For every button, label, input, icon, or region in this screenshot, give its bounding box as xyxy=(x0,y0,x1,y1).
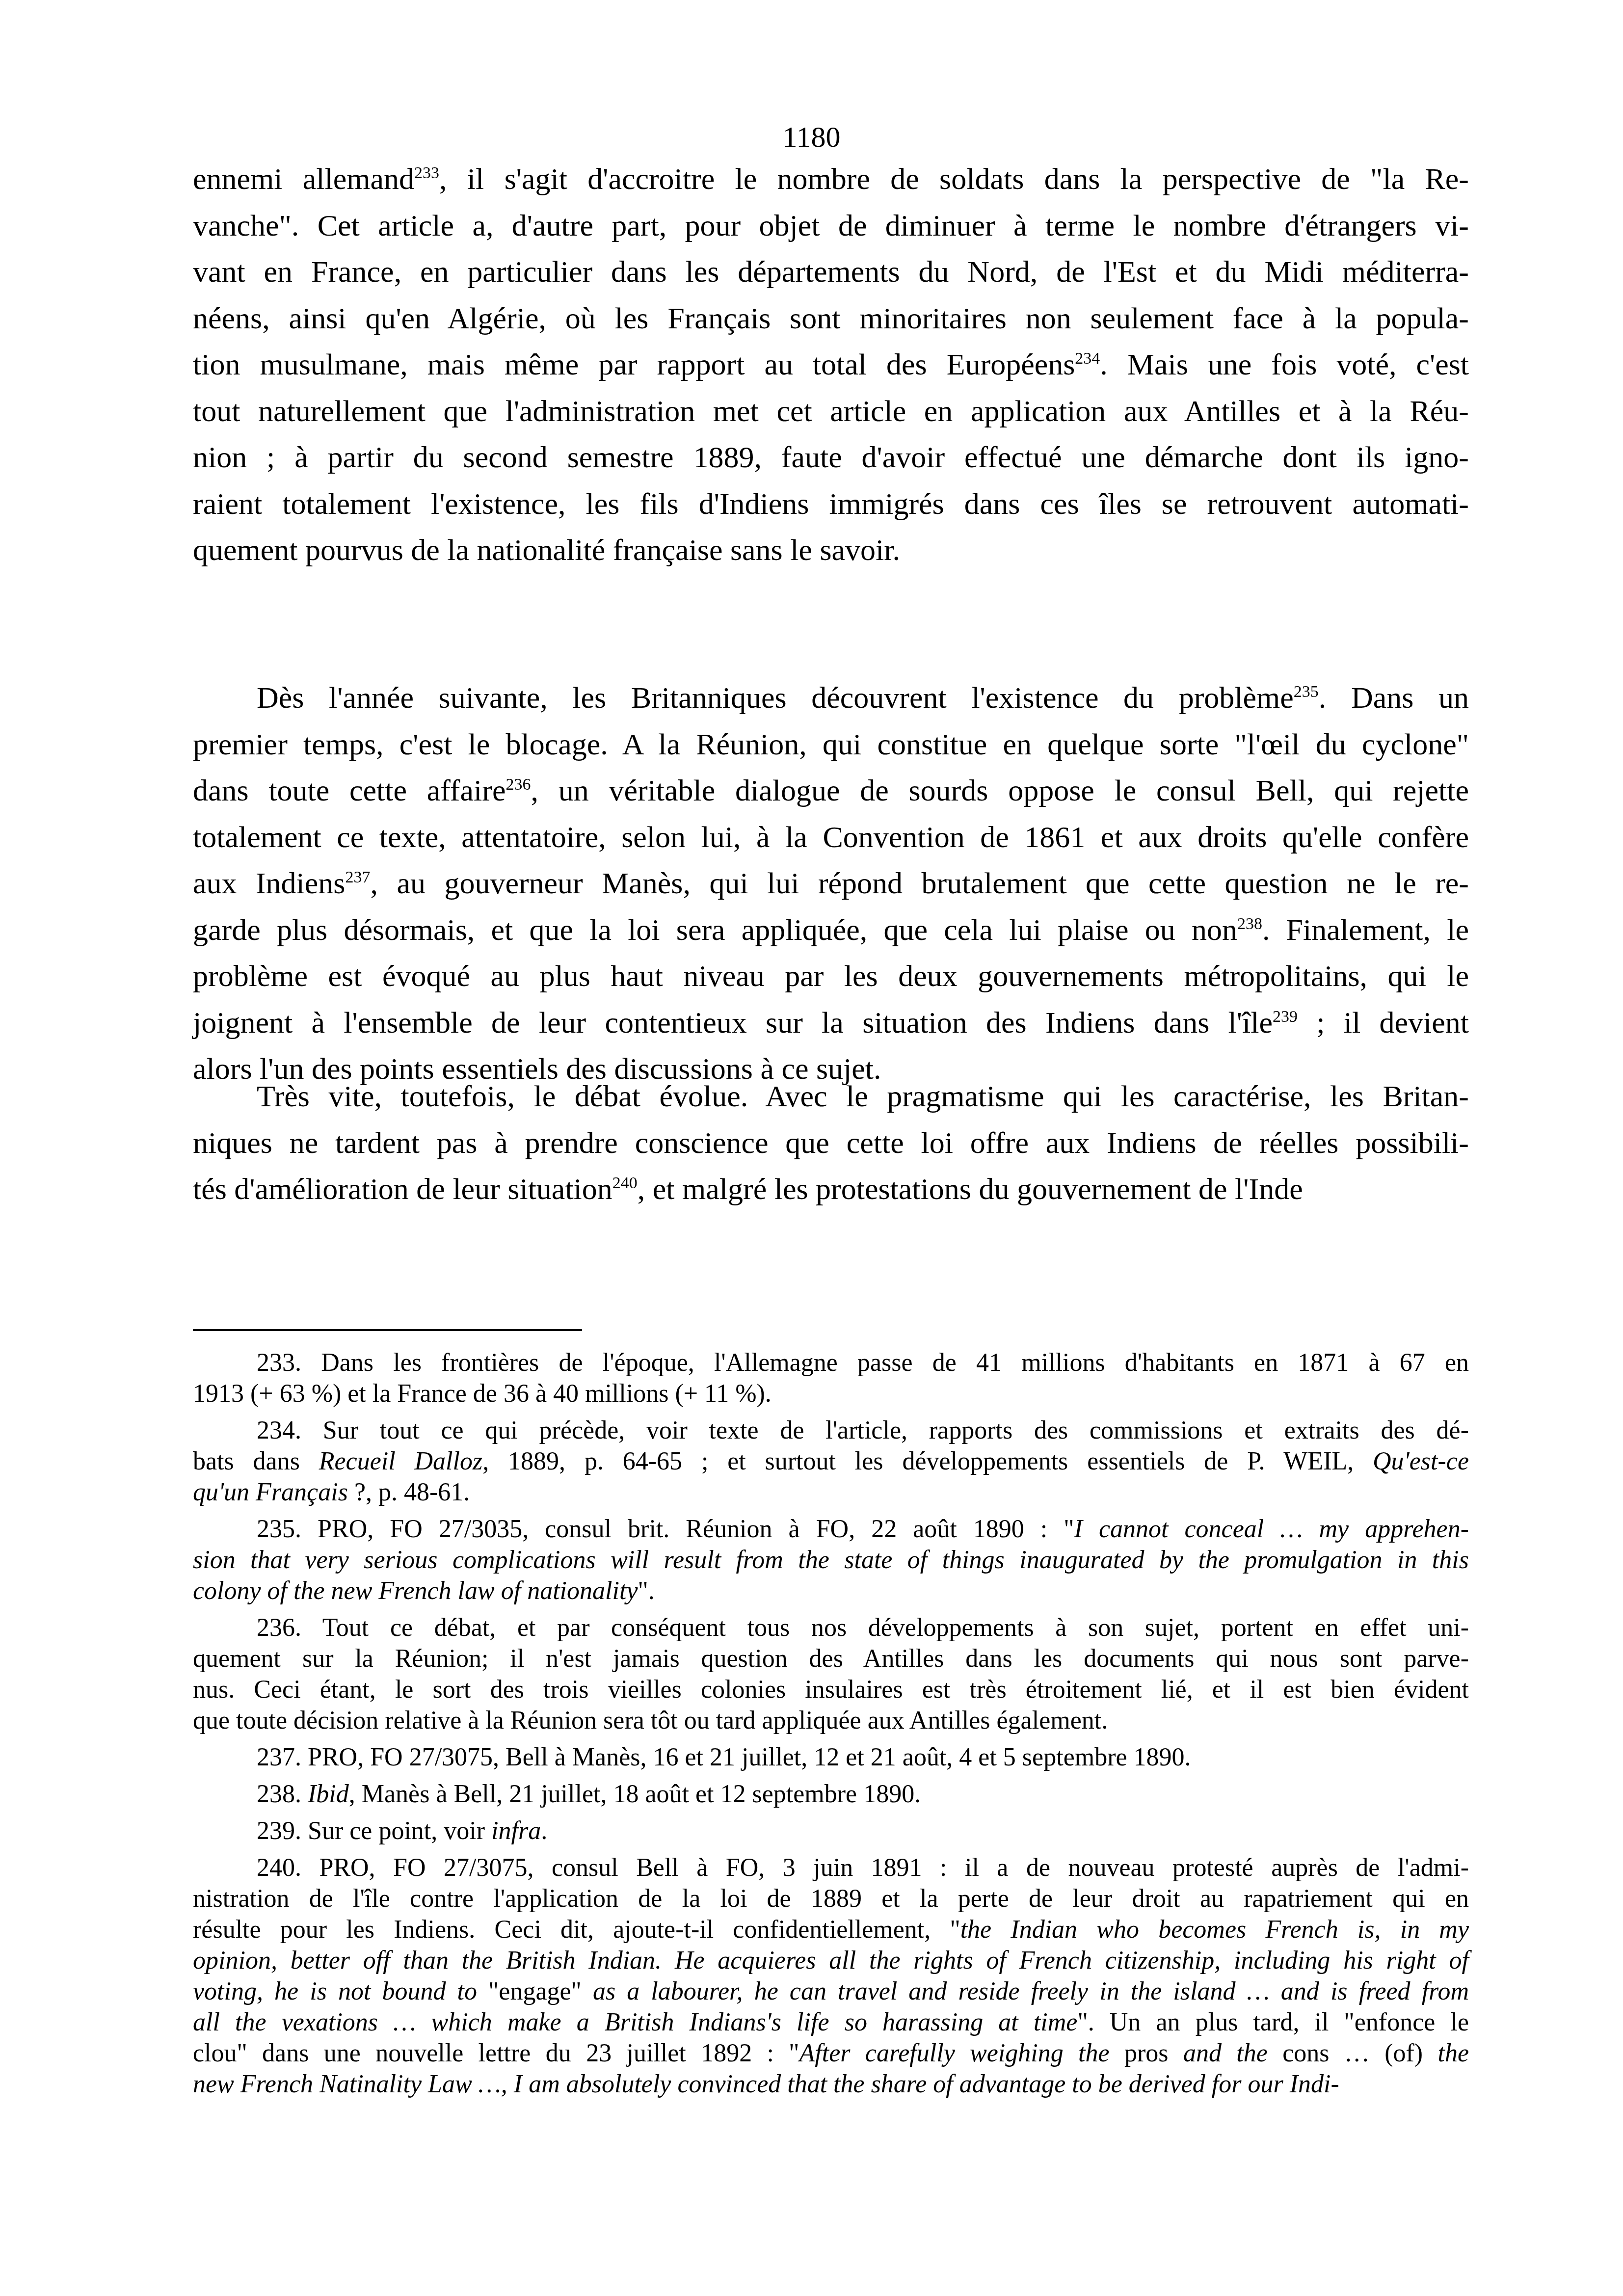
text-run: problème est évoqué au plus haut niveau … xyxy=(193,960,1469,993)
text-line: vant en France, en particulier dans les … xyxy=(193,249,1469,295)
text-run: quement pourvus de la nationalité frança… xyxy=(193,534,900,567)
footnote-233: 233. Dans les frontières de l'époque, l'… xyxy=(193,1347,1469,1409)
italic-run: and the xyxy=(1183,2039,1268,2067)
text-run: nus. Ceci étant, le sort des trois vieil… xyxy=(193,1676,1469,1704)
text-run: quement sur la Réunion; il n'est jamais … xyxy=(193,1645,1469,1673)
footnote-line: sion that very serious complications wil… xyxy=(193,1545,1469,1575)
italic-run: infra xyxy=(491,1817,541,1845)
text-line: ennemi allemand233, il s'agit d'accroitr… xyxy=(193,156,1469,203)
text-line: totalement ce texte, attentatoire, selon… xyxy=(193,814,1469,861)
footnote-line: opinion, better off than the British Ind… xyxy=(193,1945,1469,1976)
italic-run: Qu'est-ce xyxy=(1373,1447,1469,1475)
text-run: , il s'agit d'accroitre le nombre de sol… xyxy=(439,162,1469,196)
footnote-236: 236. Tout ce débat, et par conséquent to… xyxy=(193,1612,1469,1736)
footnote-line: 1913 (+ 63 %) et la France de 36 à 40 mi… xyxy=(193,1378,1469,1409)
text-line: raient totalement l'existence, les fils … xyxy=(193,481,1469,528)
text-run: 237. PRO, FO 27/3075, Bell à Manès, 16 e… xyxy=(257,1743,1191,1771)
footnote-line: 237. PRO, FO 27/3075, Bell à Manès, 16 e… xyxy=(193,1742,1469,1773)
text-line: tés d'amélioration de leur situation240,… xyxy=(193,1166,1469,1213)
text-run: vant en France, en particulier dans les … xyxy=(193,255,1469,289)
text-line: Très vite, toutefois, le débat évolue. A… xyxy=(193,1073,1469,1120)
paragraph: Très vite, toutefois, le débat évolue. A… xyxy=(193,1073,1469,1213)
text-run: vanche". Cet article a, d'autre part, po… xyxy=(193,209,1469,242)
paragraph: Dès l'année suivante, les Britanniques d… xyxy=(193,675,1469,1093)
text-run: . Mais une fois voté, c'est xyxy=(1100,348,1469,381)
italic-run: sion that very serious complications wil… xyxy=(193,1546,1469,1574)
italic-run: new French Natinality Law …, I am absolu… xyxy=(193,2070,1339,2098)
text-line: aux Indiens237, au gouverneur Manès, qui… xyxy=(193,860,1469,907)
text-run: résulte pour les Indiens. Ceci dit, ajou… xyxy=(193,1916,960,1944)
footnotes: 233. Dans les frontières de l'époque, l'… xyxy=(193,1347,1469,2100)
italic-run: as a labourer, he can travel and reside … xyxy=(593,1977,1469,2005)
text-run: . Dans un xyxy=(1319,681,1469,715)
text-line: premier temps, c'est le blocage. A la Ré… xyxy=(193,721,1469,768)
footnote-238: 238. Ibid, Manès à Bell, 21 juillet, 18 … xyxy=(193,1779,1469,1810)
text-run: 240. PRO, FO 27/3075, consul Bell à FO, … xyxy=(257,1854,1469,1882)
text-line: dans toute cette affaire236, un véritabl… xyxy=(193,768,1469,814)
footnote-line: qu'un Français ?, p. 48-61. xyxy=(193,1477,1469,1508)
text-run: tés d'amélioration de leur situation xyxy=(193,1173,612,1206)
text-run: garde plus désormais, et que la loi sera… xyxy=(193,913,1237,947)
text-line: joignent à l'ensemble de leur contentieu… xyxy=(193,1000,1469,1046)
text-run: tion musulmane, mais même par rapport au… xyxy=(193,348,1075,381)
text-run: tout naturellement que l'administration … xyxy=(193,395,1469,428)
footnote-line: nistration de l'île contre l'application… xyxy=(193,1883,1469,1914)
text-run: , un véritable dialogue de sourds oppose… xyxy=(531,774,1469,807)
text-run: "engage" xyxy=(477,1977,593,2005)
text-run: . Finalement, le xyxy=(1262,913,1469,947)
text-line: problème est évoqué au plus haut niveau … xyxy=(193,953,1469,1000)
text-run: ". Un an plus tard, il "enfonce le xyxy=(1077,2008,1469,2036)
footnote-line: quement sur la Réunion; il n'est jamais … xyxy=(193,1643,1469,1674)
text-run: nistration de l'île contre l'application… xyxy=(193,1885,1469,1913)
footnote-line: que toute décision relative à la Réunion… xyxy=(193,1705,1469,1736)
footnote-234: 234. Sur tout ce qui précède, voir texte… xyxy=(193,1415,1469,1508)
text-line: garde plus désormais, et que la loi sera… xyxy=(193,907,1469,954)
text-run: , et malgré les protestations du gouvern… xyxy=(638,1173,1303,1206)
footnote-line: 233. Dans les frontières de l'époque, l'… xyxy=(193,1347,1469,1378)
text-run: 239. Sur ce point, voir xyxy=(257,1817,491,1845)
footnote-line: 240. PRO, FO 27/3075, consul Bell à FO, … xyxy=(193,1852,1469,1883)
text-run: que toute décision relative à la Réunion… xyxy=(193,1707,1108,1735)
text-run: pros xyxy=(1110,2039,1183,2067)
footnote-line: 236. Tout ce débat, et par conséquent to… xyxy=(193,1612,1469,1643)
footnote-239: 239. Sur ce point, voir infra. xyxy=(193,1815,1469,1846)
text-line: niques ne tardent pas à prendre conscien… xyxy=(193,1120,1469,1167)
text-run: Dès l'année suivante, les Britanniques d… xyxy=(257,681,1294,715)
italic-run: qu'un Français xyxy=(193,1478,348,1506)
footnote-ref[interactable]: 237 xyxy=(345,868,370,886)
italic-run: After carefully weighing the xyxy=(799,2039,1110,2067)
paragraph: ennemi allemand233, il s'agit d'accroitr… xyxy=(193,156,1469,574)
italic-run: Ibid xyxy=(308,1780,349,1808)
text-run: 234. Sur tout ce qui précède, voir texte… xyxy=(257,1416,1469,1444)
text-run: 233. Dans les frontières de l'époque, l'… xyxy=(257,1349,1469,1377)
footnote-line: 238. Ibid, Manès à Bell, 21 juillet, 18 … xyxy=(193,1779,1469,1810)
footnote-line: voting, he is not bound to "engage" as a… xyxy=(193,1976,1469,2007)
footnote-237: 237. PRO, FO 27/3075, Bell à Manès, 16 e… xyxy=(193,1742,1469,1773)
text-run: néens, ainsi qu'en Algérie, où les Franç… xyxy=(193,302,1469,335)
footnote-line: nus. Ceci étant, le sort des trois vieil… xyxy=(193,1674,1469,1705)
text-run: clou" dans une nouvelle lettre du 23 jui… xyxy=(193,2039,799,2067)
text-line: néens, ainsi qu'en Algérie, où les Franç… xyxy=(193,295,1469,342)
text-run: nion ; à partir du second semestre 1889,… xyxy=(193,441,1469,474)
text-run: 238. xyxy=(257,1780,308,1808)
italic-run: the Indian who becomes French is, in my xyxy=(960,1916,1469,1944)
footnote-240: 240. PRO, FO 27/3075, consul Bell à FO, … xyxy=(193,1852,1469,2100)
text-run: ?, p. 48-61. xyxy=(348,1478,470,1506)
text-run: raient totalement l'existence, les fils … xyxy=(193,487,1469,521)
footnote-line: 239. Sur ce point, voir infra. xyxy=(193,1815,1469,1846)
footnote-line: 235. PRO, FO 27/3035, consul brit. Réuni… xyxy=(193,1514,1469,1545)
text-line: tout naturellement que l'administration … xyxy=(193,388,1469,435)
footnote-line: clou" dans une nouvelle lettre du 23 jui… xyxy=(193,2038,1469,2069)
italic-run: I cannot conceal … my apprehen- xyxy=(1074,1515,1469,1543)
footnote-line: résulte pour les Indiens. Ceci dit, ajou… xyxy=(193,1914,1469,1945)
text-run: niques ne tardent pas à prendre conscien… xyxy=(193,1126,1469,1160)
page-number: 1180 xyxy=(0,120,1623,154)
text-line: tion musulmane, mais même par rapport au… xyxy=(193,342,1469,388)
footnote-ref[interactable]: 234 xyxy=(1075,349,1100,368)
italic-run: all the vexations … which make a British… xyxy=(193,2008,1077,2036)
text-run: cons … (of) xyxy=(1268,2039,1438,2067)
italic-run: opinion, better off than the British Ind… xyxy=(193,1947,1469,1975)
text-run: 236. Tout ce débat, et par conséquent to… xyxy=(257,1614,1469,1642)
footnote-ref[interactable]: 238 xyxy=(1237,915,1262,933)
footnote-line: bats dans Recueil Dalloz, 1889, p. 64-65… xyxy=(193,1446,1469,1477)
footnote-separator xyxy=(193,1329,582,1331)
text-run: 1913 (+ 63 %) et la France de 36 à 40 mi… xyxy=(193,1380,772,1408)
text-run: totalement ce texte, attentatoire, selon… xyxy=(193,821,1469,854)
text-run: ; il devient xyxy=(1298,1006,1469,1040)
text-line: Dès l'année suivante, les Britanniques d… xyxy=(193,675,1469,721)
italic-run: the xyxy=(1437,2039,1469,2067)
text-run: . xyxy=(541,1817,547,1845)
footnote-ref[interactable]: 240 xyxy=(612,1174,638,1192)
footnote-ref[interactable]: 235 xyxy=(1294,683,1319,701)
footnote-ref[interactable]: 233 xyxy=(414,164,439,182)
italic-run: voting, he is not bound to xyxy=(193,1977,477,2005)
text-line: quement pourvus de la nationalité frança… xyxy=(193,527,1469,574)
text-run: Très vite, toutefois, le débat évolue. A… xyxy=(257,1080,1469,1113)
text-run: premier temps, c'est le blocage. A la Ré… xyxy=(193,728,1469,761)
text-run: , 1889, p. 64-65 ; et surtout les dévelo… xyxy=(482,1447,1373,1475)
text-run: joignent à l'ensemble de leur contentieu… xyxy=(193,1006,1273,1040)
footnote-line: colony of the new French law of national… xyxy=(193,1575,1469,1606)
footnote-line: 234. Sur tout ce qui précède, voir texte… xyxy=(193,1415,1469,1446)
footnote-line: new French Natinality Law …, I am absolu… xyxy=(193,2069,1469,2100)
text-run: ". xyxy=(638,1577,654,1605)
footnote-ref[interactable]: 236 xyxy=(506,775,531,794)
text-run: aux Indiens xyxy=(193,867,345,900)
text-line: nion ; à partir du second semestre 1889,… xyxy=(193,434,1469,481)
text-run: ennemi allemand xyxy=(193,162,414,196)
text-run: , Manès à Bell, 21 juillet, 18 août et 1… xyxy=(349,1780,921,1808)
text-run: dans toute cette affaire xyxy=(193,774,506,807)
text-line: vanche". Cet article a, d'autre part, po… xyxy=(193,203,1469,249)
text-run: 235. PRO, FO 27/3035, consul brit. Réuni… xyxy=(257,1515,1074,1543)
footnote-235: 235. PRO, FO 27/3035, consul brit. Réuni… xyxy=(193,1514,1469,1606)
footnote-ref[interactable]: 239 xyxy=(1273,1008,1298,1026)
text-run: bats dans xyxy=(193,1447,319,1475)
text-run: , au gouverneur Manès, qui lui répond br… xyxy=(370,867,1469,900)
italic-run: Recueil Dalloz xyxy=(319,1447,482,1475)
footnote-line: all the vexations … which make a British… xyxy=(193,2007,1469,2038)
italic-run: colony of the new French law of national… xyxy=(193,1577,638,1605)
